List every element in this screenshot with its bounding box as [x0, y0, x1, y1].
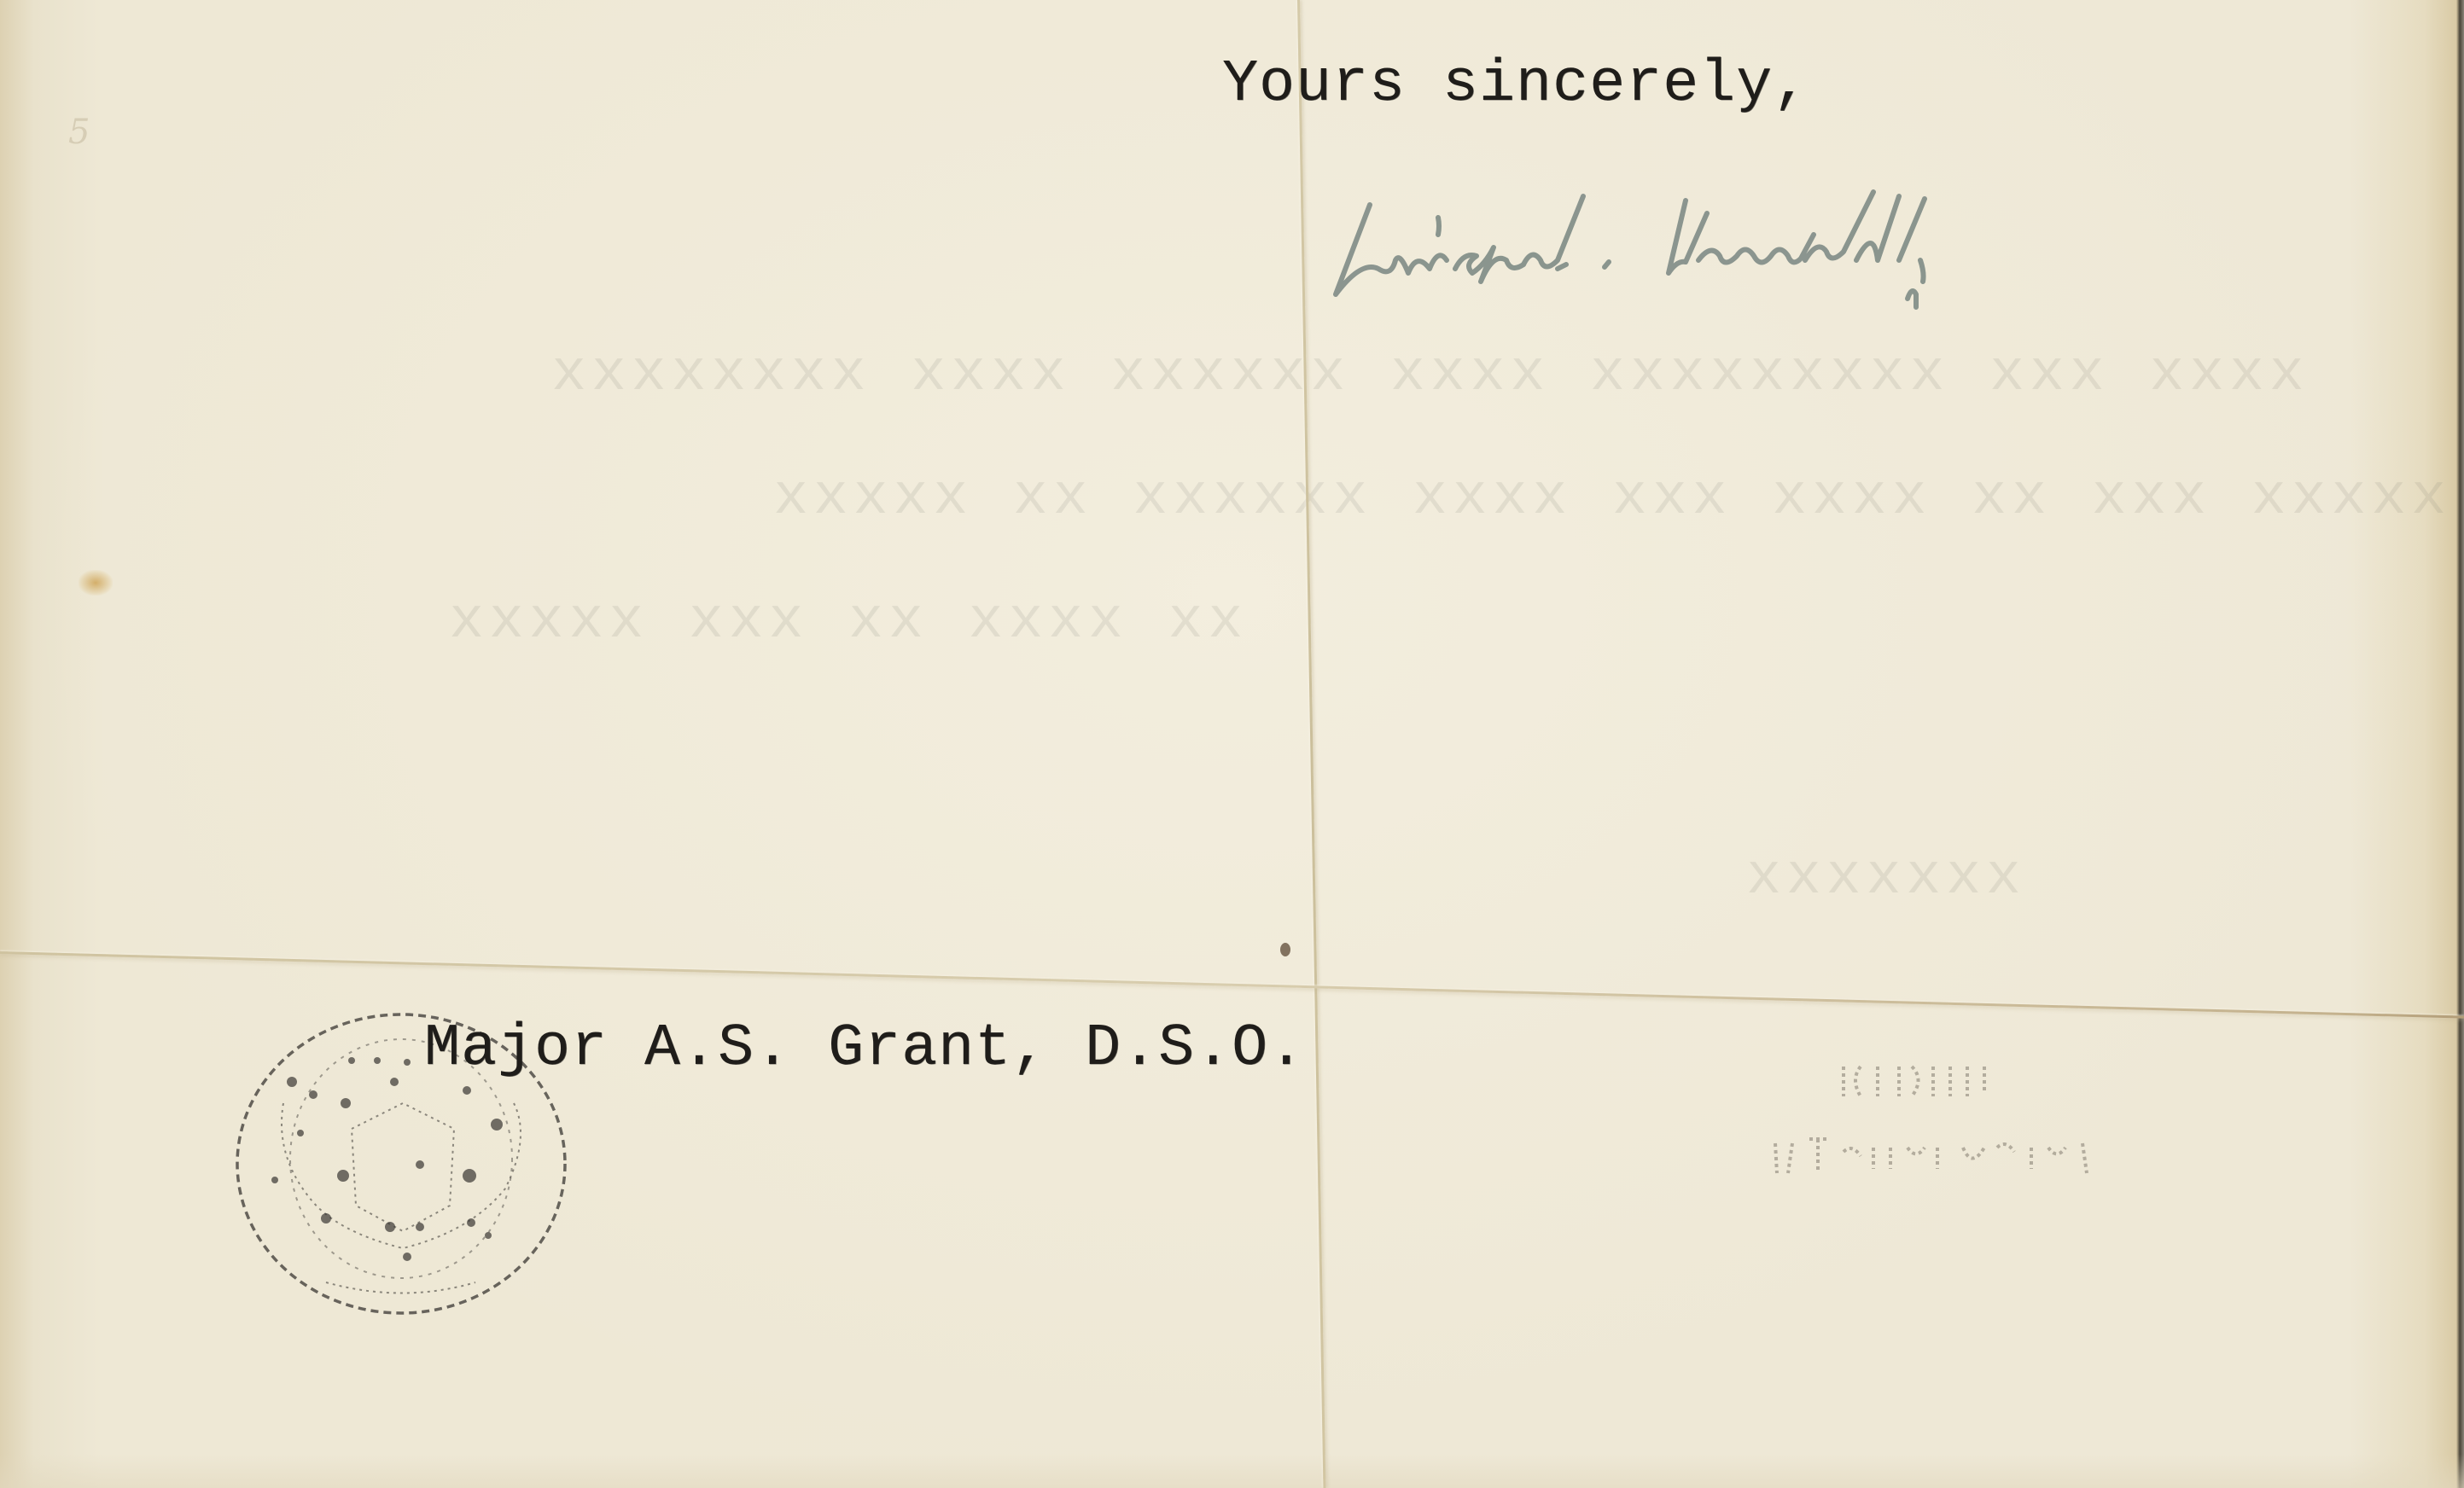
paper-bottom-edge: [0, 1454, 2464, 1488]
show-through-line-1: xxxx xxx xxxxxxxxx xxxx xxxxxx xxxx xxxx…: [546, 341, 2304, 407]
handwritten-signature: Winston S. Churchill: [1310, 166, 2317, 320]
addressee-name: Major A.S. Grant, D.S.O.: [424, 1015, 1305, 1083]
show-through-line-4: xxxxxxx: [1741, 845, 2021, 910]
fold-intersection-mark: [1280, 943, 1290, 956]
show-through-line-2: xxxxx xxx xx xxxx xxx xxxx xxxxxx xx xxx…: [768, 465, 2446, 531]
show-through-line-3: xx xxxx xx xxx xxxxx: [444, 589, 1243, 654]
closing-salutation: Yours sincerely,: [1222, 51, 1809, 119]
corner-page-mark: 5: [68, 113, 90, 152]
mirrored-show-through-stamp: [1758, 1032, 2168, 1177]
foxing-stain: [79, 570, 113, 596]
